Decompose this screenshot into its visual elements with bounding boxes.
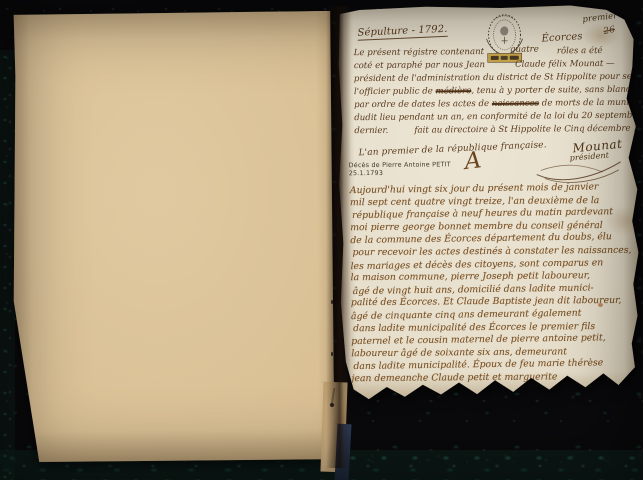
left-page-wrap: [12, 12, 333, 462]
preamble-text: l'officier public de: [354, 86, 433, 97]
place-heading: Écorces: [541, 31, 583, 44]
page-title: Sépulture - 1792.: [357, 24, 448, 41]
gutter-shadow: [326, 6, 351, 468]
preamble-text: , tenu à y porter de suite, sans blanc e…: [471, 85, 642, 96]
corner-note: premier: [582, 11, 618, 25]
preamble-text: par ordre de dates les actes de: [354, 99, 489, 110]
preamble-text: de morts de la municipalité: [542, 97, 643, 108]
margin-note-line: 25.1.1793: [349, 168, 451, 177]
preamble-line: dernier.fait au directoire à St Hippolit…: [354, 123, 632, 138]
preamble-text: Claude félix Mounat —: [515, 59, 615, 70]
register-preamble: Le présent régistre contenantquatrerôles…: [354, 45, 633, 138]
right-page-wrap: Sépulture - 1792. Écorces premier: [337, 5, 638, 400]
preamble-text: Le présent régistre contenant: [354, 47, 484, 58]
preamble-text: coté et paraphé par nous Jean: [354, 60, 485, 71]
archival-scan-scene: Sépulture - 1792. Écorces premier: [0, 0, 643, 480]
burial-act-text: Aujourd'hui vingt six jour du présent mo…: [350, 182, 636, 386]
left-blank-page: [10, 11, 334, 463]
inserted-word: quatre: [510, 44, 539, 57]
ink-stain: [598, 303, 603, 307]
act-initial: A: [463, 147, 483, 175]
margin-note-line: Décès de Pierre Antoine PETIT: [349, 160, 451, 169]
preamble-text: dernier.: [354, 126, 388, 136]
preamble-text: fait au directoire à St Hippolite le Cin…: [414, 124, 643, 136]
margin-note: Décès de Pierre Antoine PETIT 25.1.1793: [349, 160, 451, 177]
preamble-text: rôles a été: [557, 46, 603, 56]
struck-word: médière: [436, 86, 472, 96]
struck-word: naissances: [492, 99, 539, 109]
republic-era-line: L'an premier de la république française.: [358, 140, 546, 158]
right-manuscript-page: Sépulture - 1792. Écorces premier: [335, 4, 639, 402]
folio-number: 26: [603, 25, 616, 37]
